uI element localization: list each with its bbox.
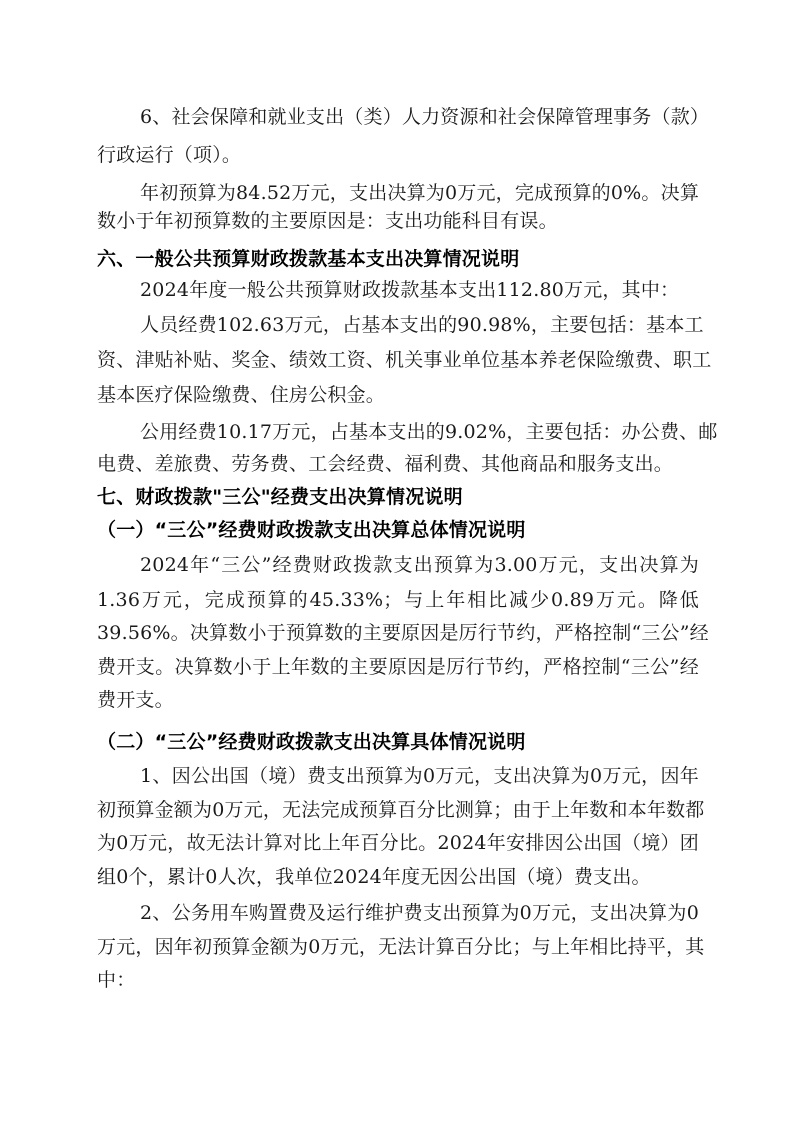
paragraph-line: 资、津贴补贴、奖金、绩效工资、机关事业单位基本养老保险缴费、职工 (97, 347, 699, 373)
paragraph-line: 39.56%。决算数小于预算数的主要原因是厉行节约，严格控制“三公”经 (97, 620, 699, 646)
paragraph-line: 2、公务用车购置费及运行维护费支出预算为0万元，支出决算为0 (140, 900, 699, 926)
paragraph-line: 基本医疗保险缴费、住房公积金。 (97, 382, 699, 408)
paragraph-line: 行政运行（项）。 (97, 142, 699, 168)
paragraph-line: 1、因公出国（境）费支出预算为0万元，支出决算为0万元，因年 (140, 763, 699, 789)
document-page: 6、社会保障和就业支出（类）人力资源和社会保障管理事务（款）行政运行（项）。年初… (0, 0, 793, 1122)
section-heading: （一）“三公”经费财政拨款支出决算总体情况说明 (97, 517, 699, 543)
section-heading: 六、一般公共预算财政拨款基本支出决算情况说明 (97, 246, 699, 272)
paragraph-line: 数小于年初预算数的主要原因是：支出功能科目有误。 (97, 208, 699, 234)
paragraph-line: 组0个，累计0人次，我单位2024年度无因公出国（境）费支出。 (97, 864, 699, 890)
paragraph-line: 人员经费102.63万元，占基本支出的90.98%，主要包括：基本工 (140, 312, 699, 338)
paragraph-line: 费开支。 (97, 687, 699, 713)
paragraph-line: 2024年度一般公共预算财政拨款基本支出112.80万元，其中： (140, 277, 699, 303)
paragraph-line: 为0万元，故无法计算对比上年百分比。2024年安排因公出国（境）团 (97, 830, 699, 856)
paragraph-line: 初预算金额为0万元，无法完成预算百分比测算；由于上年数和本年数都 (97, 797, 699, 823)
paragraph-line: 万元，因年初预算金额为0万元，无法计算百分比；与上年相比持平，其 (97, 934, 699, 960)
paragraph-line: 电费、差旅费、劳务费、工会经费、福利费、其他商品和服务支出。 (97, 451, 699, 477)
paragraph-line: 2024年“三公”经费财政拨款支出预算为3.00万元，支出决算为 (140, 552, 699, 578)
paragraph-line: 中： (97, 967, 699, 993)
paragraph-line: 6、社会保障和就业支出（类）人力资源和社会保障管理事务（款） (140, 104, 699, 130)
paragraph-line: 公用经费10.17万元，占基本支出的9.02%，主要包括：办公费、邮 (140, 419, 699, 445)
paragraph-line: 年初预算为84.52万元，支出决算为0万元，完成预算的0%。决算 (140, 180, 699, 206)
section-heading: 七、财政拨款"三公"经费支出决算情况说明 (97, 484, 699, 510)
paragraph-line: 1.36万元，完成预算的45.33%；与上年相比减少0.89万元。降低 (97, 587, 699, 613)
section-heading: （二）“三公”经费财政拨款支出决算具体情况说明 (97, 729, 699, 755)
paragraph-line: 费开支。决算数小于上年数的主要原因是厉行节约，严格控制“三公”经 (97, 654, 699, 680)
